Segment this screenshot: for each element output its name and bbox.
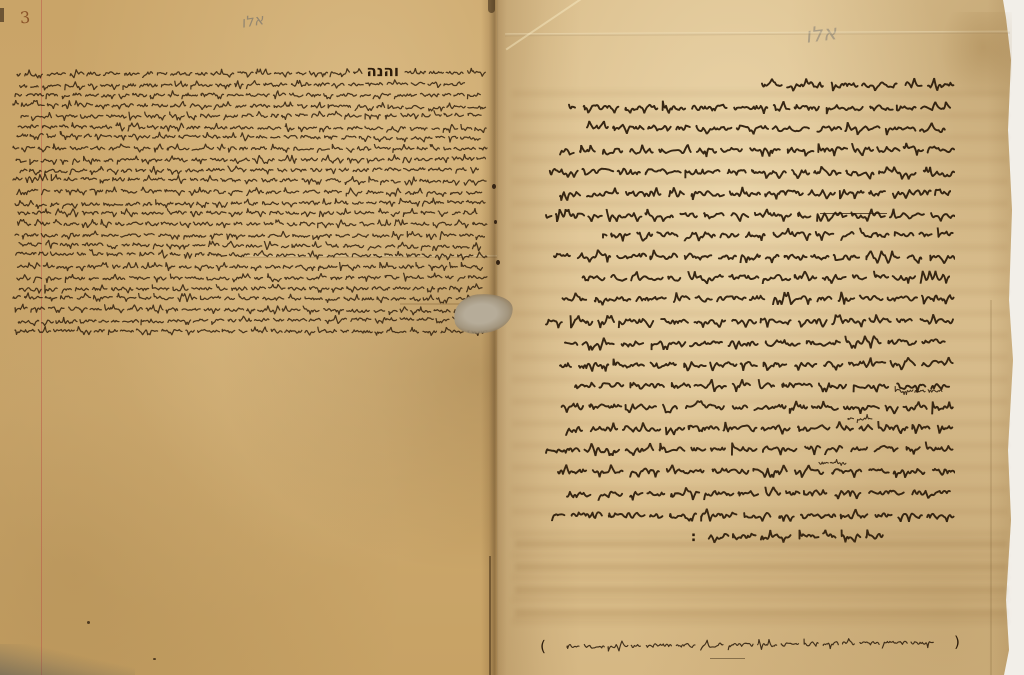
handwritten-line (15, 186, 484, 197)
handwritten-line (12, 249, 488, 261)
handwritten-line-row (12, 142, 488, 153)
paper-stain (940, 12, 1012, 100)
bleed-through-ghost-text (515, 540, 1007, 632)
handwritten-line-row (12, 207, 488, 218)
handwritten-line (20, 110, 484, 121)
handwritten-line (12, 174, 488, 186)
opening-word: והנה (363, 67, 402, 76)
handwritten-line-row (12, 109, 488, 122)
corner-shadow (0, 644, 135, 675)
handwritten-line (16, 208, 478, 217)
handwritten-line (12, 219, 488, 228)
handwritten-line (12, 292, 488, 303)
handwritten-line (15, 78, 467, 90)
underline-mark (710, 658, 745, 659)
folio-number: 3 (19, 8, 30, 28)
handwritten-line (402, 68, 488, 77)
footnote-close-paren: ) (954, 633, 960, 651)
handwritten-line-row (12, 248, 488, 261)
handwritten-line (566, 637, 934, 652)
center-fold (481, 0, 507, 675)
handwritten-line-row (12, 325, 488, 337)
stitch-hole (494, 220, 497, 224)
pencil-inscription: אלו (240, 10, 265, 32)
manuscript-scan: 3 אלו והנה אלו : ( ) (0, 0, 1024, 675)
handwritten-line (14, 272, 488, 283)
fold-line (489, 556, 491, 675)
footnote-line: ( ) (540, 632, 960, 656)
handwritten-line (14, 91, 483, 100)
footnote-handwriting (566, 633, 934, 656)
edge-ink-mark (0, 8, 4, 22)
ink-speck (153, 658, 156, 660)
handwritten-line-row (12, 261, 488, 272)
footnote-open-paren: ( (540, 637, 546, 655)
handwritten-line-row (12, 218, 488, 229)
ink-speck (87, 621, 90, 624)
handwritten-line (12, 143, 488, 153)
handwritten-line (16, 313, 482, 325)
handwriting-block-left: והנה (12, 68, 488, 336)
left-page: 3 אלו והנה (0, 0, 497, 675)
stitch-hole (496, 260, 500, 265)
handwritten-line (14, 262, 483, 271)
handwritten-line (14, 326, 488, 336)
fold-crease (990, 300, 992, 675)
stitch-hole (492, 184, 496, 189)
binding-notch (488, 0, 495, 13)
handwritten-line (16, 131, 482, 143)
handwritten-line (16, 68, 363, 78)
